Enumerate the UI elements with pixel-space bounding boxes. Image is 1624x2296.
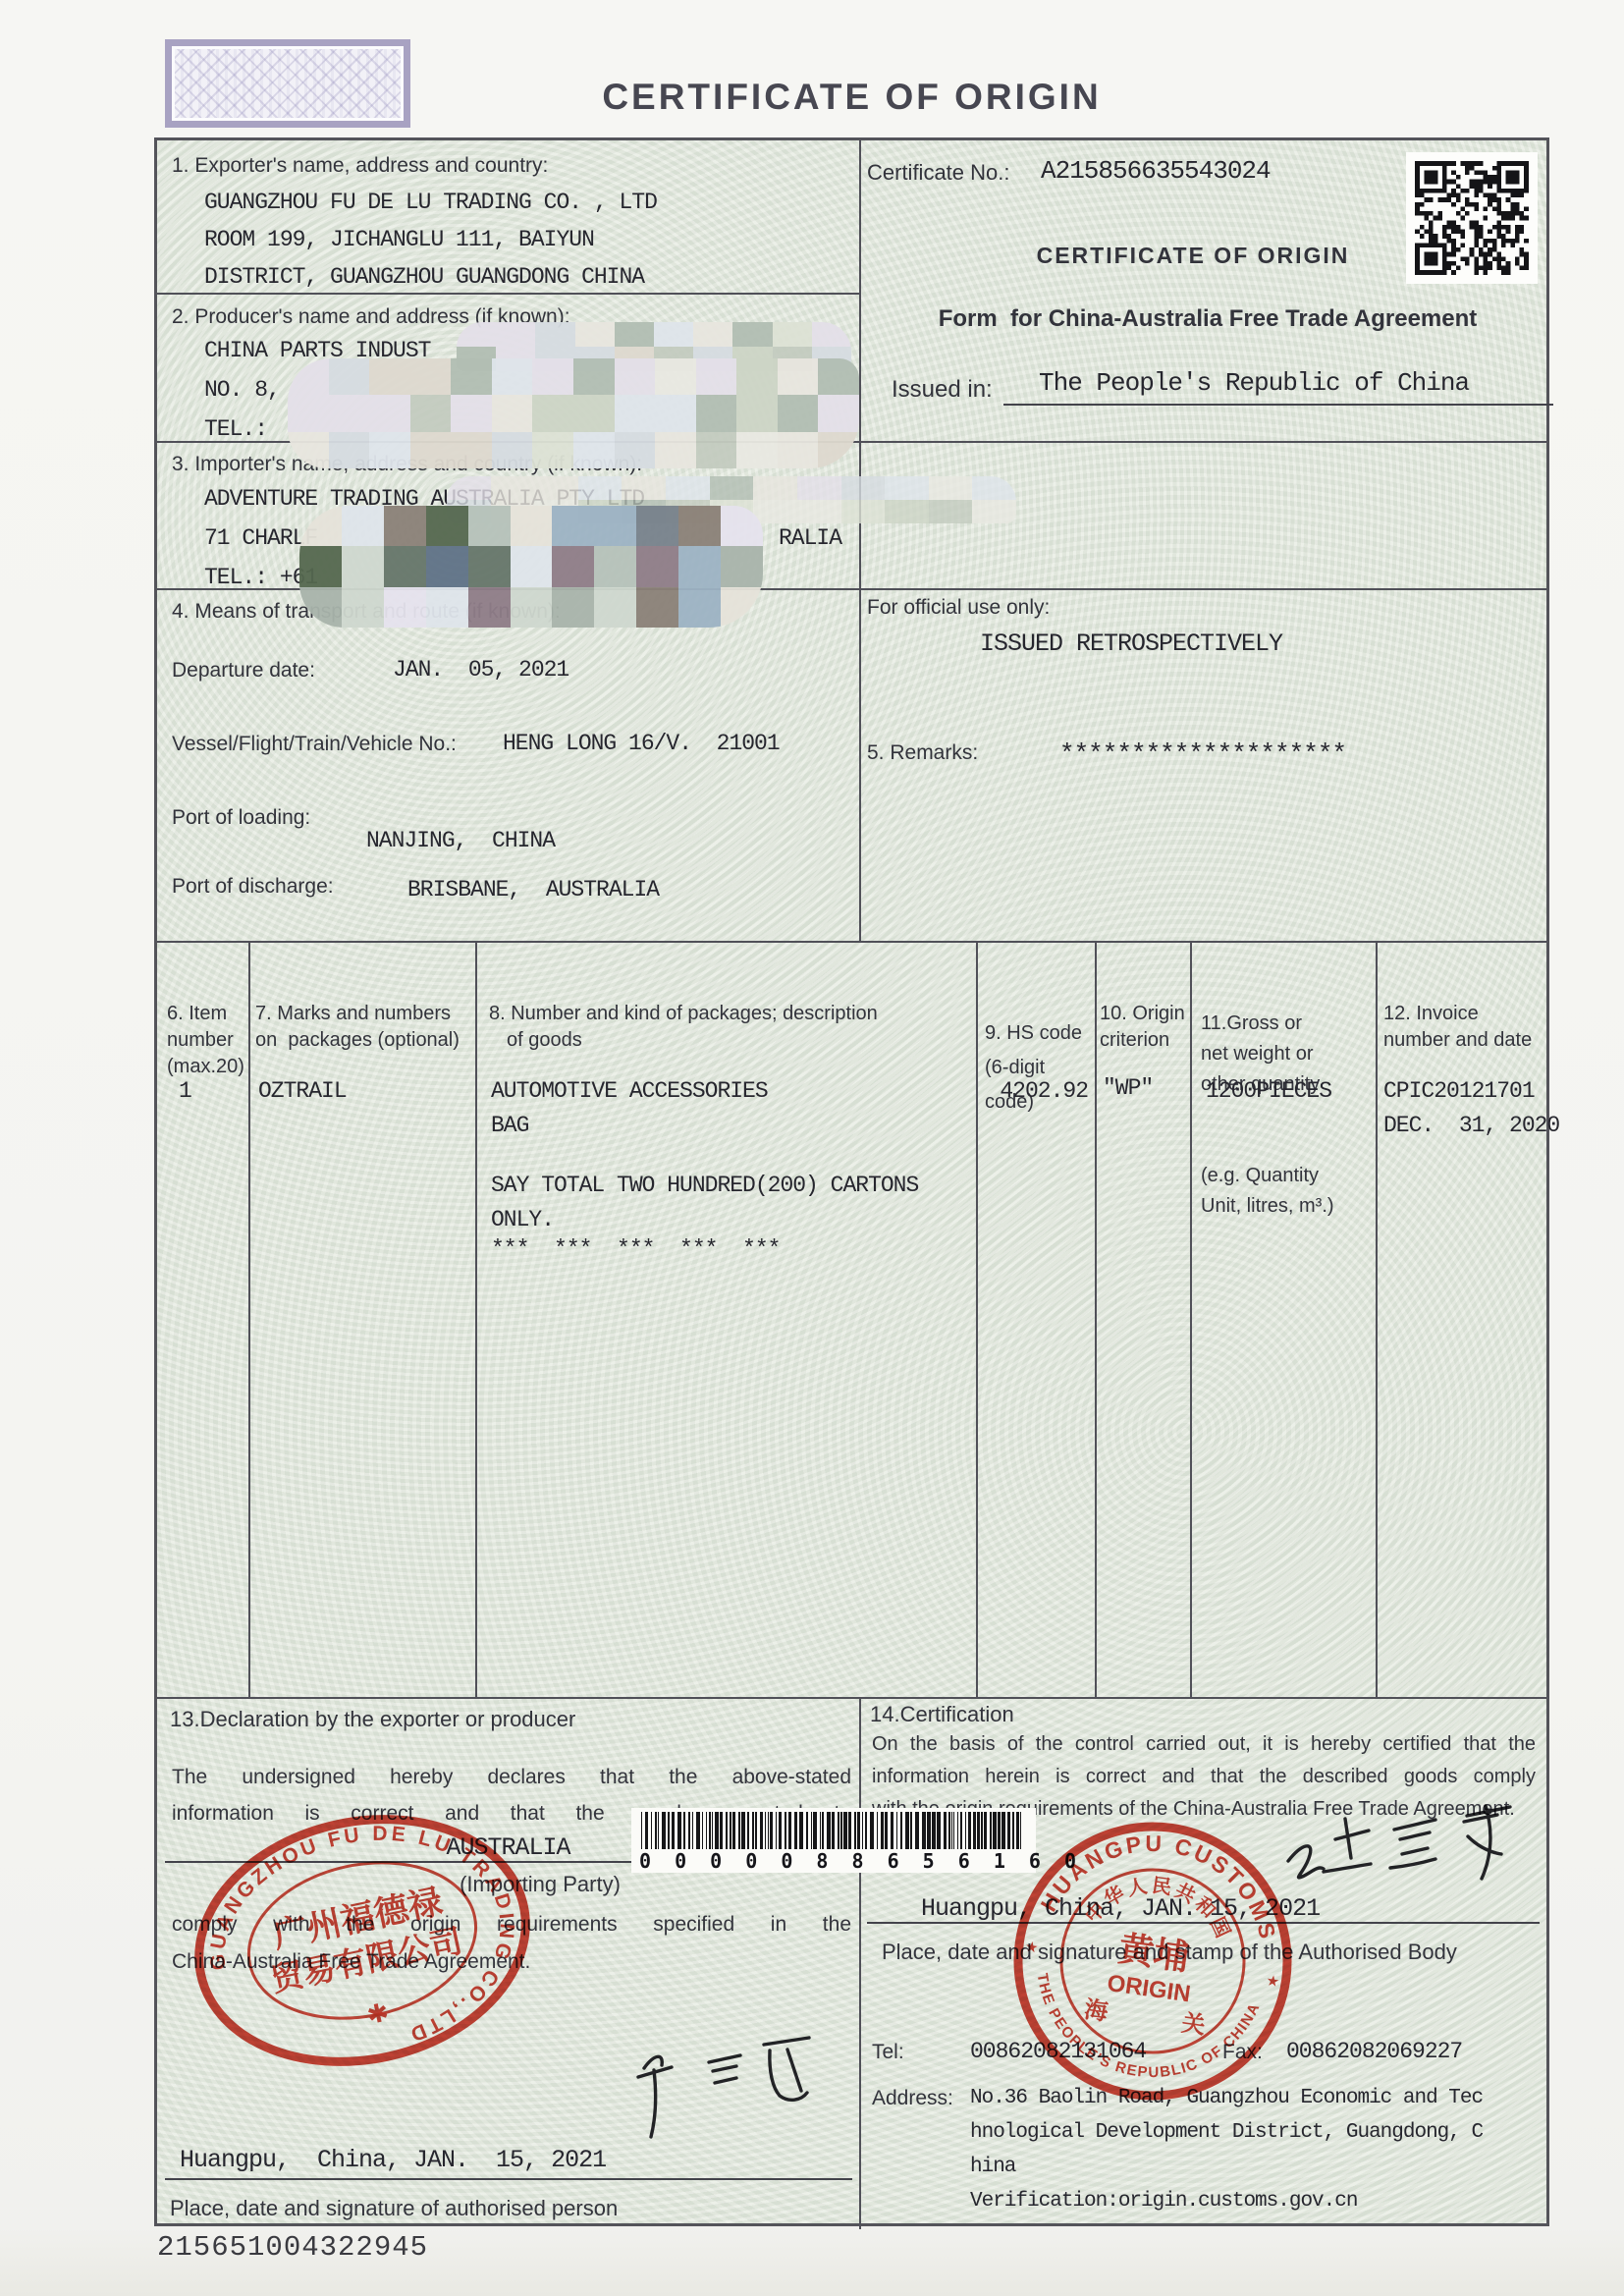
exporter-address-1: ROOM 199, JICHANGLU 111, BAIYUN — [204, 227, 594, 252]
huangpu-customs-stamp: HUANGPU CUSTOMS THE PEOPLE'S REPUBLIC OF… — [991, 1799, 1315, 2123]
barcode-digits: 0 0 0 0 0 8 8 6 5 6 1 6 0 — [639, 1849, 1028, 1873]
col-item-header: 6. Itemnumber(max.20) — [167, 948, 244, 1133]
divider — [157, 1697, 1546, 1699]
certificate-form: 1. Exporter's name, address and country:… — [154, 137, 1549, 2226]
divider — [1190, 941, 1192, 1697]
producer-address: NO. 8, — [204, 377, 280, 403]
document-serial-number: 215651004322945 — [157, 2231, 428, 2264]
goods-description-1: AUTOMOTIVE ACCESSORIES — [491, 1078, 768, 1104]
departure-date-value: JAN. 05, 2021 — [393, 657, 568, 683]
certification-label: 14.Certification — [870, 1702, 1014, 1727]
divider — [157, 293, 859, 295]
exporter-name: GUANGZHOU FU DE LU TRADING CO. , LTD — [204, 190, 657, 215]
invoice-date-value: DEC. 31, 2020 — [1383, 1113, 1559, 1138]
divider — [859, 1697, 861, 2229]
vessel-label: Vessel/Flight/Train/Vehicle No.: — [172, 733, 457, 756]
divider — [976, 941, 978, 1697]
declaration-place-date: Huangpu, China, JAN. 15, 2021 — [180, 2146, 606, 2174]
invoice-number-value: CPIC20121701 — [1383, 1078, 1535, 1104]
fax-value: 00862082069227 — [1286, 2039, 1462, 2064]
barcode-image: 0 0 0 0 0 8 8 6 5 6 1 6 0 — [631, 1808, 1036, 1873]
quantity-value: 1200PIECES — [1206, 1078, 1331, 1104]
port-loading-value: NANJING, CHINA — [366, 828, 555, 853]
divider — [157, 941, 1546, 943]
remarks-value: ******************** — [859, 739, 1546, 769]
redaction-mosaic — [299, 506, 763, 628]
goods-description-5: *** *** *** *** *** — [491, 1236, 780, 1262]
goods-description-2: BAG — [491, 1113, 528, 1138]
redaction-mosaic — [288, 358, 859, 468]
divider — [1376, 941, 1378, 1697]
importer-address-tail: RALIA — [779, 525, 841, 551]
form-agreement-line: Form for China-Australia Free Trade Agre… — [869, 305, 1546, 333]
issued-in-underline — [1003, 404, 1553, 406]
goods-description-4: ONLY. — [491, 1207, 554, 1232]
divider — [1095, 941, 1097, 1697]
port-discharge-value: BRISBANE, AUSTRALIA — [407, 877, 659, 902]
item-number-value: 1 — [179, 1078, 191, 1104]
verification-url: Verification:origin.customs.gov.cn — [970, 2190, 1357, 2213]
port-discharge-label: Port of discharge: — [172, 875, 334, 899]
address-label: Address: — [872, 2087, 953, 2110]
exporter-label: 1. Exporter's name, address and country: — [172, 154, 548, 178]
goods-description-3: SAY TOTAL TWO HUNDRED(200) CARTONS — [491, 1173, 918, 1198]
tel-label: Tel: — [872, 2041, 904, 2064]
svg-text:★: ★ — [1024, 1939, 1040, 1957]
certificate-no-value: A215856635543024 — [1041, 156, 1271, 186]
hs-code-value: 4202.92 — [982, 1078, 1088, 1104]
origin-criterion-value: ″WP″ — [1103, 1075, 1153, 1101]
declaration-caption: Place, date and signature of authorised … — [170, 2196, 618, 2221]
issued-in-value: The People's Republic of China — [1039, 368, 1469, 398]
vessel-value: HENG LONG 16/V. 21001 — [503, 731, 780, 756]
svg-text:黄埔: 黄埔 — [1116, 1928, 1192, 1978]
divider — [475, 941, 477, 1697]
exporter-address-2: DISTRICT, GUANGZHOU GUANGDONG CHINA — [204, 264, 644, 290]
issued-in-label: Issued in: — [892, 376, 993, 404]
port-loading-label: Port of loading: — [172, 806, 310, 830]
svg-text:✱: ✱ — [364, 1996, 392, 2030]
divider — [859, 140, 861, 941]
qr-code-image — [1406, 152, 1538, 284]
certification-line-2: information herein is correct and that t… — [872, 1766, 1536, 1788]
official-use-label: For official use only: — [867, 596, 1050, 620]
producer-tel: TEL.: — [204, 416, 267, 442]
certificate-no-label: Certificate No.: — [867, 160, 1010, 186]
official-use-value: ISSUED RETROSPECTIVELY — [980, 629, 1282, 658]
address-line-2: hnological Development District, Guangdo… — [970, 2121, 1483, 2144]
divider — [248, 941, 250, 1697]
svg-text:海: 海 — [1083, 1996, 1111, 2026]
authorised-person-signature — [619, 2031, 825, 2149]
marks-value: OZTRAIL — [258, 1078, 347, 1104]
col-hscode-header: 9. HS code(6-digitcode) — [985, 948, 1082, 1188]
svg-text:GUANGZHOU FU DE LU TRADING CO.: GUANGZHOU FU DE LU TRADING CO.,LTD — [184, 1794, 540, 2085]
certificate-heading: CERTIFICATE OF ORIGIN — [903, 243, 1483, 269]
address-line-3: hina — [970, 2156, 1015, 2178]
authorised-body-signature — [1274, 1800, 1530, 1928]
certification-line-1: On the basis of the control carried out,… — [872, 1733, 1536, 1756]
svg-text:★: ★ — [1265, 1972, 1280, 1991]
svg-text:关: 关 — [1180, 2010, 1208, 2040]
col-quantity-header: 11.Gross ornet weight orother quantity (… — [1201, 948, 1334, 1283]
page-title: CERTIFICATE OF ORIGIN — [154, 77, 1549, 118]
certificate-of-origin-scan: CERTIFICATE OF ORIGIN 1. Exporter's name… — [0, 0, 1624, 2296]
departure-date-label: Departure date: — [172, 659, 315, 683]
place-date-underline — [165, 2178, 852, 2180]
declaration-label: 13.Declaration by the exporter or produc… — [170, 1707, 575, 1732]
